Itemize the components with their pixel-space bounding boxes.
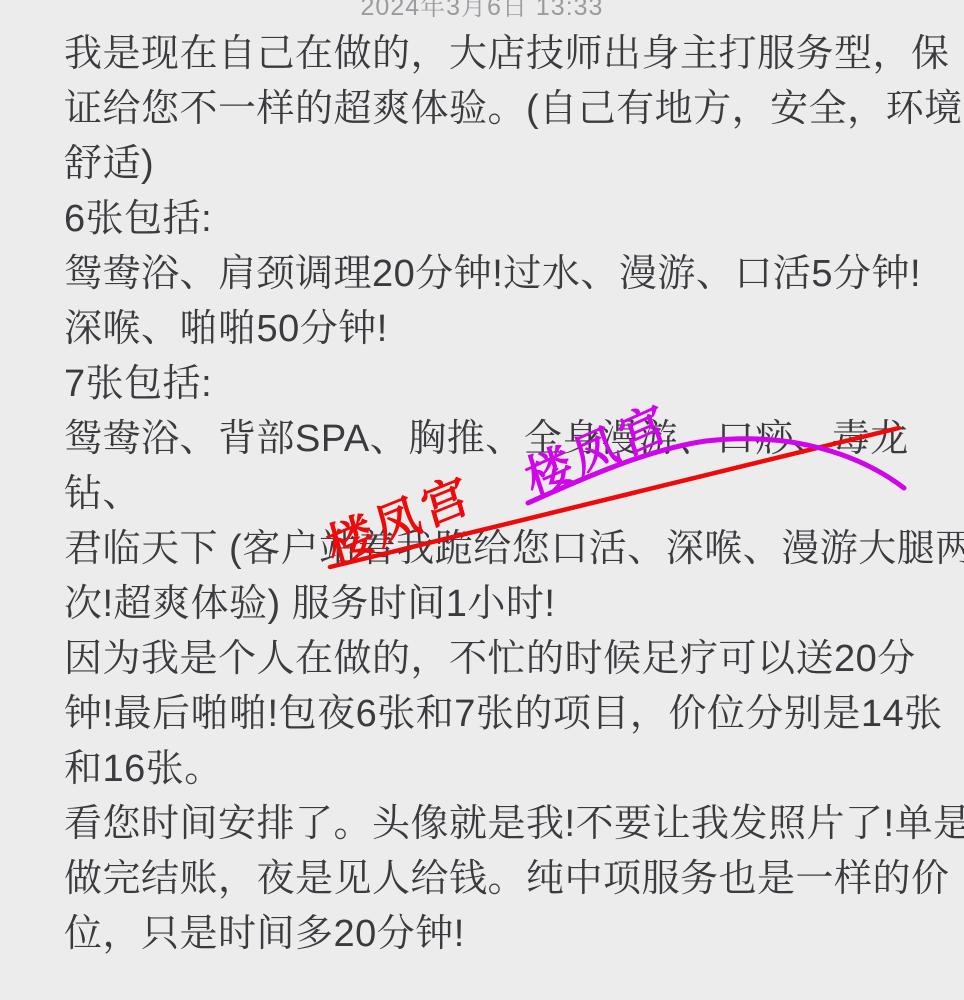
message-timestamp: 2024年3月6日 13:33 (0, 0, 964, 23)
text-line: 7张包括: (64, 357, 964, 412)
message-text-block: 我是现在自己在做的，大店技师出身主打服务型，保 证给您不一样的超爽体验。(自己有… (64, 27, 964, 962)
text-line: 舒适) (64, 137, 964, 192)
text-line: 钟!最后啪啪!包夜6张和7张的项目，价位分别是14张 (64, 687, 964, 742)
text-line: 位，只是时间多20分钟! (64, 907, 964, 962)
text-line: 君临天下 (客户站着我跪给您口活、深喉、漫游大腿两 (64, 522, 964, 577)
text-line: 和16张。 (64, 742, 964, 797)
chat-message-page: 2024年3月6日 13:33 我是现在自己在做的，大店技师出身主打服务型，保 … (0, 0, 964, 1000)
text-line: 深喉、啪啪50分钟! (64, 302, 964, 357)
text-line: 看您时间安排了。头像就是我!不要让我发照片了!单是 (64, 797, 964, 852)
text-line: 证给您不一样的超爽体验。(自己有地方，安全，环境 (64, 82, 964, 137)
text-line: 因为我是个人在做的，不忙的时候足疗可以送20分 (64, 632, 964, 687)
text-line: 做完结账，夜是见人给钱。纯中项服务也是一样的价 (64, 852, 964, 907)
text-line: 鸳鸯浴、背部SPA、胸推、全身漫游、口痧、毒龙 (64, 412, 964, 467)
text-line: 鸳鸯浴、肩颈调理20分钟!过水、漫游、口活5分钟! (64, 247, 964, 302)
text-line: 6张包括: (64, 192, 964, 247)
text-line: 次!超爽体验) 服务时间1小时! (64, 577, 964, 632)
text-line: 钻、 (64, 467, 964, 522)
text-line: 我是现在自己在做的，大店技师出身主打服务型，保 (64, 27, 964, 82)
